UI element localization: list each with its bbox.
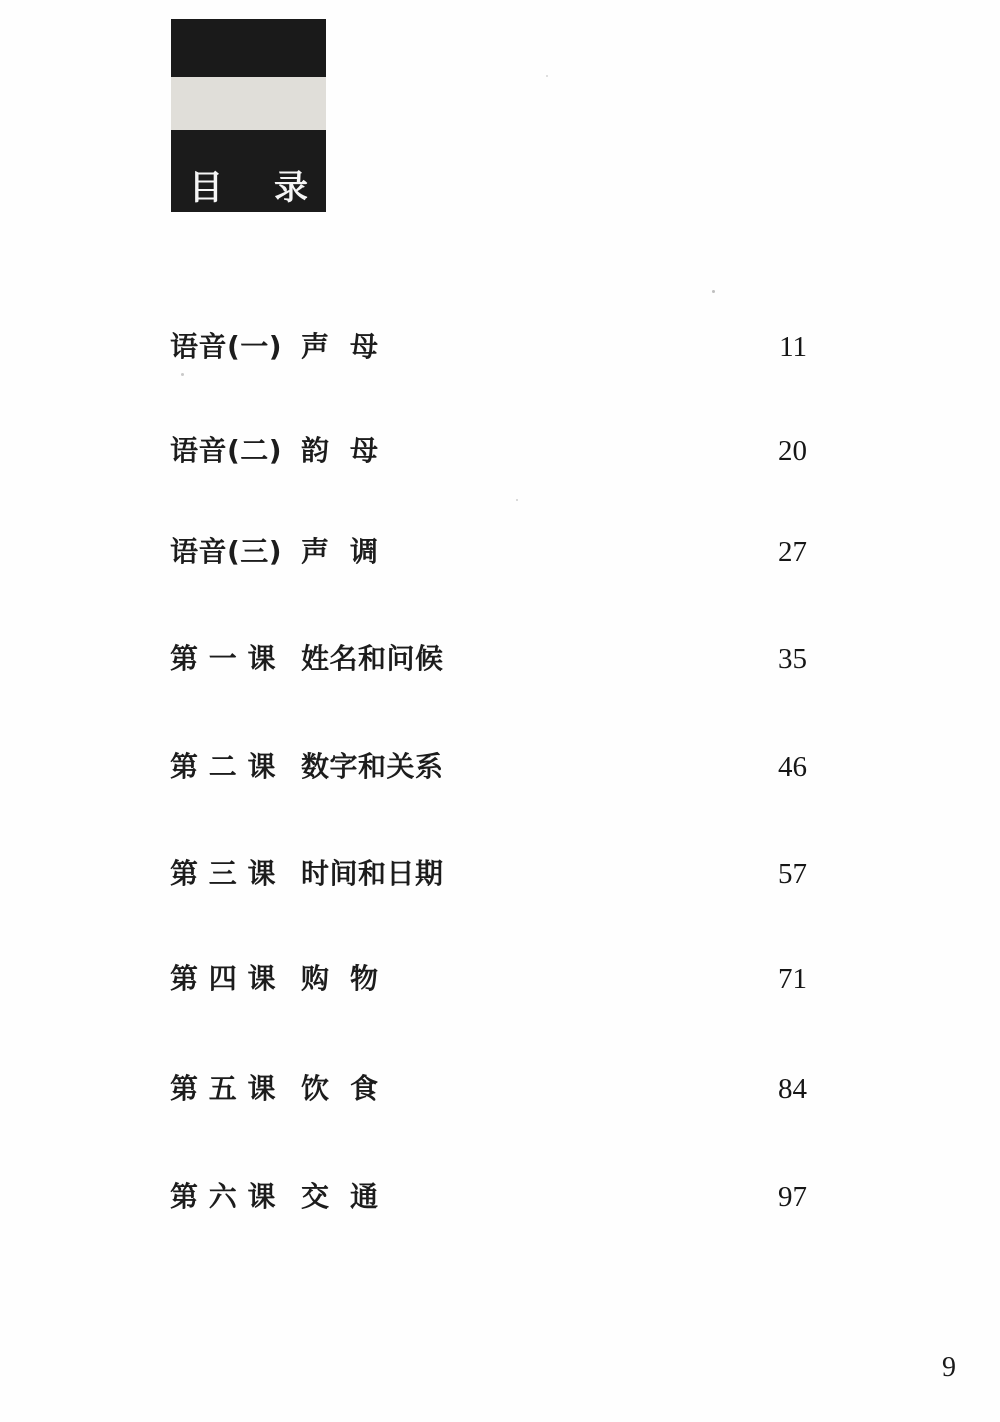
scan-speck xyxy=(712,290,715,293)
entry-page-number: 46 xyxy=(778,751,807,783)
toc-page: 目 录 语音(一) 声 母 11 语音(二) 韵 母 20 语音(三) 声 调 … xyxy=(0,0,1000,1422)
entry-title: 声 调 xyxy=(301,536,379,568)
scan-speck xyxy=(546,75,548,77)
entry-title: 声 母 xyxy=(301,331,379,363)
entry-page-number: 20 xyxy=(778,435,807,467)
entry-page-number: 84 xyxy=(778,1073,807,1105)
entry-title: 购 物 xyxy=(301,963,379,995)
entry-label: 语音(三) xyxy=(170,536,301,568)
toc-entry: 第 三 课 时间和日期 57 xyxy=(170,858,807,890)
scan-speck xyxy=(516,499,518,501)
entry-label: 语音(二) xyxy=(170,435,301,467)
toc-entry: 语音(二) 韵 母 20 xyxy=(170,435,807,467)
entry-label: 第 六 课 xyxy=(170,1181,301,1213)
entry-label: 语音(一) xyxy=(170,331,301,363)
contents-header-block: 目 录 xyxy=(171,19,326,212)
scan-speck xyxy=(181,373,184,376)
entry-title: 时间和日期 xyxy=(301,858,444,890)
entry-label: 第 五 课 xyxy=(170,1073,301,1105)
contents-title-char-lu: 录 xyxy=(274,171,308,205)
entry-label: 第 一 课 xyxy=(170,643,301,675)
entry-page-number: 97 xyxy=(778,1181,807,1213)
entry-page-number: 57 xyxy=(778,858,807,890)
header-black-bar-top xyxy=(171,19,326,77)
toc-entry: 第 五 课 饮 食 84 xyxy=(170,1073,807,1105)
entry-title: 交 通 xyxy=(301,1181,379,1213)
entry-label: 第 三 课 xyxy=(170,858,301,890)
page-number: 9 xyxy=(942,1353,956,1384)
header-gray-band xyxy=(171,77,326,130)
entry-page-number: 27 xyxy=(778,536,807,568)
entry-title: 韵 母 xyxy=(301,435,379,467)
toc-entry: 语音(三) 声 调 27 xyxy=(170,536,807,568)
entry-title: 数字和关系 xyxy=(301,751,444,783)
entry-page-number: 11 xyxy=(779,331,807,363)
toc-entry: 第 二 课 数字和关系 46 xyxy=(170,751,807,783)
entry-title: 饮 食 xyxy=(301,1073,379,1105)
entry-page-number: 35 xyxy=(778,643,807,675)
entry-label: 第 四 课 xyxy=(170,963,301,995)
toc-entry: 第 六 课 交 通 97 xyxy=(170,1181,807,1213)
toc-entry: 第 四 课 购 物 71 xyxy=(170,963,807,995)
entry-page-number: 71 xyxy=(778,963,807,995)
contents-title-char-mu: 目 xyxy=(189,171,223,205)
entry-label: 第 二 课 xyxy=(170,751,301,783)
entry-title: 姓名和问候 xyxy=(301,643,444,675)
toc-entry: 第 一 课 姓名和问候 35 xyxy=(170,643,807,675)
toc-entry: 语音(一) 声 母 11 xyxy=(170,331,807,363)
header-black-bar-bottom: 目 录 xyxy=(171,130,326,212)
